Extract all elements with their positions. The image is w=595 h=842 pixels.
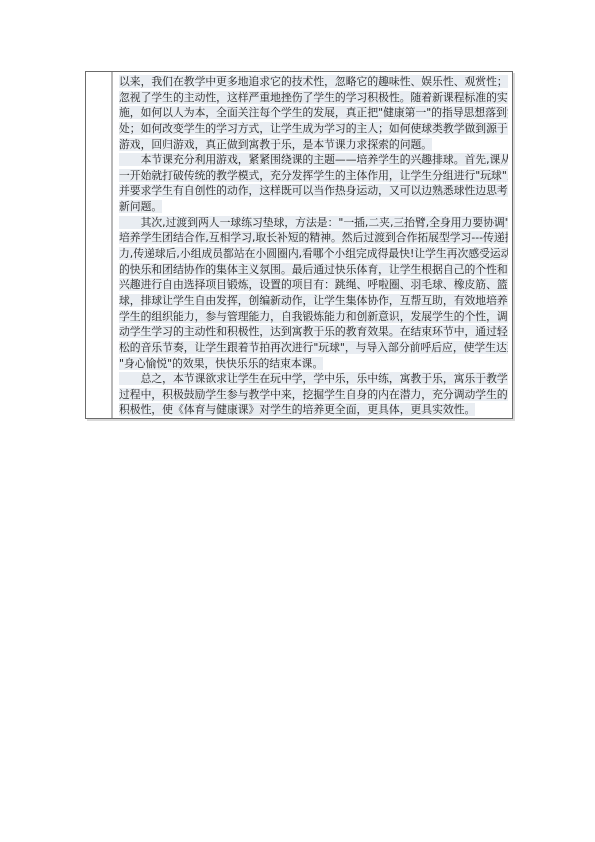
text-line: 总之，本节课欲求让学生在玩中学，学中乐，乐中练，寓教于乐，寓乐于教学	[119, 371, 508, 387]
text-line: 的快乐和团结协作的集体主义氛围。最后通过快乐体育，让学生根据自己的个性和	[119, 262, 508, 278]
table-left-cell	[86, 72, 113, 418]
text-line: 新问题。	[119, 199, 508, 215]
text-line: 本节课充分利用游戏，紧紧围绕课的主题——培养学生的兴趣排球。首先,课从	[119, 152, 508, 168]
text-line: 松的音乐节奏，让学生跟着节拍再次进行"玩球"，与导入部分前呼后应，使学生达到	[119, 340, 508, 356]
text-line: 以来，我们在教学中更多地追求它的技术性，忽略它的趣味性、娱乐性、观赏性；	[119, 74, 508, 90]
text-line: 积极性，使《体育与健康课》对学生的培养更全面，更具体，更具实效性。	[119, 402, 508, 418]
text-cell: 以来，我们在教学中更多地追求它的技术性，忽略它的趣味性、娱乐性、观赏性；忽视了学…	[113, 72, 512, 418]
text-line: 球，排球让学生自由发挥，创编新动作，让学生集体协作，互帮互助，有效地培养	[119, 293, 508, 309]
text-line: 处；如何改变学生的学习方式，让学生成为学习的主人；如何使球类教学做到源于	[119, 121, 508, 137]
text-line: 动学生学习的主动性和积极性，达到寓教于乐的教育效果。在结束环节中，通过轻	[119, 324, 508, 340]
text-line: 一开始就打破传统的教学模式，充分发挥学生的主体作用，让学生分组进行"玩球",	[119, 168, 508, 184]
text-line: 其次,过渡到两人一球练习垫球，方法是："一插,二夹,三抬臂,全身用力要协调"。	[119, 215, 508, 231]
text-line: 并要求学生有自创性的动作，这样既可以当作热身运动，又可以边熟悉球性边思考	[119, 183, 508, 199]
text-line: "身心愉悦"的效果，快快乐乐的结束本课。	[119, 356, 508, 372]
text-line: 忽视了学生的主动性，这样严重地挫伤了学生的学习积极性。随着新课程标准的实	[119, 90, 508, 106]
content-table: 以来，我们在教学中更多地追求它的技术性，忽略它的趣味性、娱乐性、观赏性；忽视了学…	[85, 71, 513, 419]
text-line: 力,传递球后,小组成员都站在小圆圈内,看哪个小组完成得最快!让学生再次感受运动	[119, 246, 508, 262]
text-line: 兴趣进行自由选择项目锻炼，设置的项目有：跳绳、呼啦圈、羽毛球、橡皮筋、篮	[119, 277, 508, 293]
text-line: 学生的组织能力，参与管理能力，自我锻炼能力和创新意识，发展学生的个性，调	[119, 309, 508, 325]
text-line: 游戏，回归游戏，真正做到寓教于乐，是本节课力求探索的问题。	[119, 137, 508, 153]
text-line: 培养学生团结合作,互相学习,取长补短的精神。然后过渡到合作拓展型学习---传递接	[119, 230, 508, 246]
text-line: 过程中，积极鼓励学生参与教学中来，挖掘学生自身的内在潜力，充分调动学生的	[119, 387, 508, 403]
text-line: 施，如何以人为本，全面关注每个学生的发展，真正把"健康第一"的指导思想落到实	[119, 105, 508, 121]
